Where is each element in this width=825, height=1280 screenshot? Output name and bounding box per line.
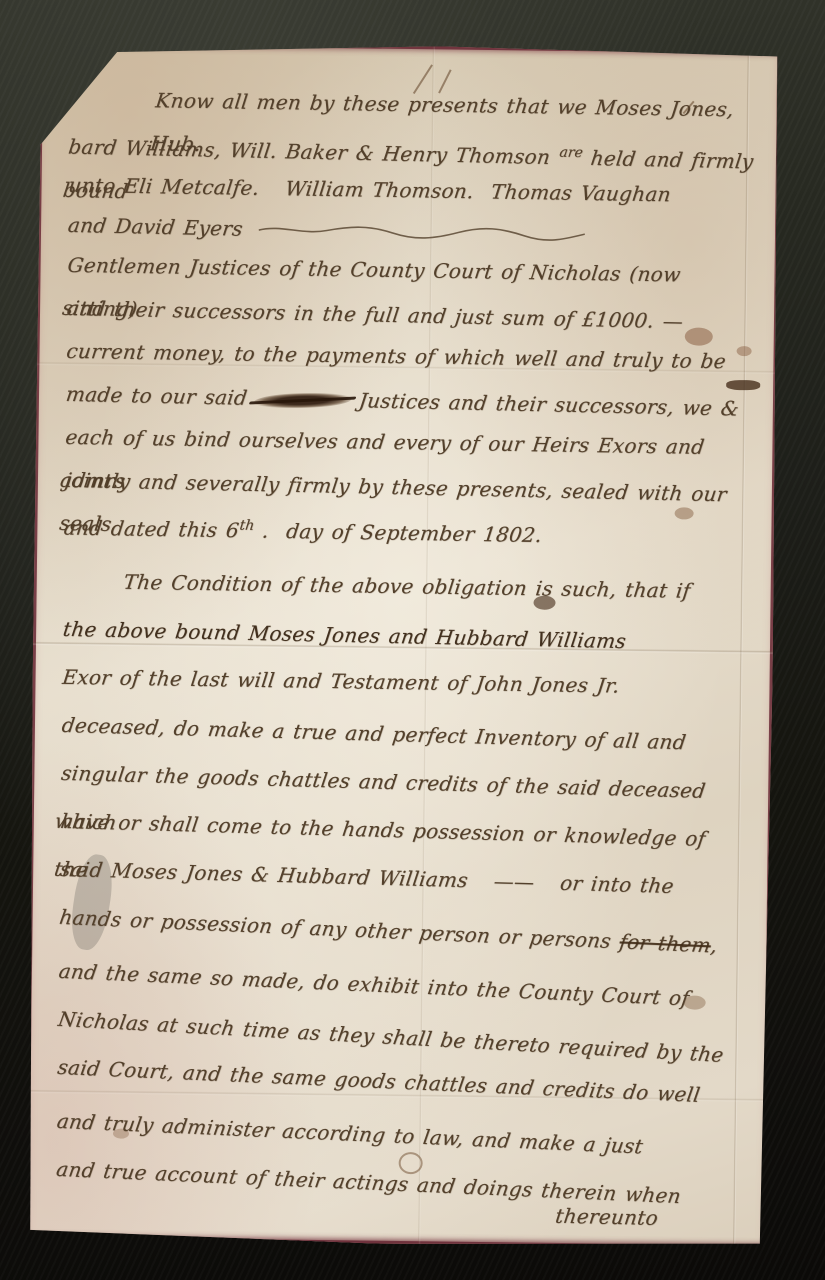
- superscript-insertion: are: [558, 145, 583, 161]
- scribbled-out-word: [252, 392, 355, 408]
- manuscript-paper: Know all men by these presents that we M…: [26, 42, 781, 1249]
- line-segment: hands or possession of any other person …: [58, 905, 622, 953]
- line-segment: and David Eyers: [67, 213, 245, 241]
- line-segment: Justices and their successors, we &: [358, 388, 741, 420]
- flourish-rule: [256, 220, 588, 243]
- line-segment: . day of September 1802.: [252, 519, 543, 547]
- line-segment: made to our said: [65, 382, 249, 410]
- photograph-background: Know all men by these presents that we M…: [0, 0, 825, 1280]
- manuscript-text: Know all men by these presents that we M…: [56, 78, 756, 1237]
- strikethrough-text: for them: [618, 929, 713, 957]
- line-segment: and dated this 6: [63, 516, 241, 543]
